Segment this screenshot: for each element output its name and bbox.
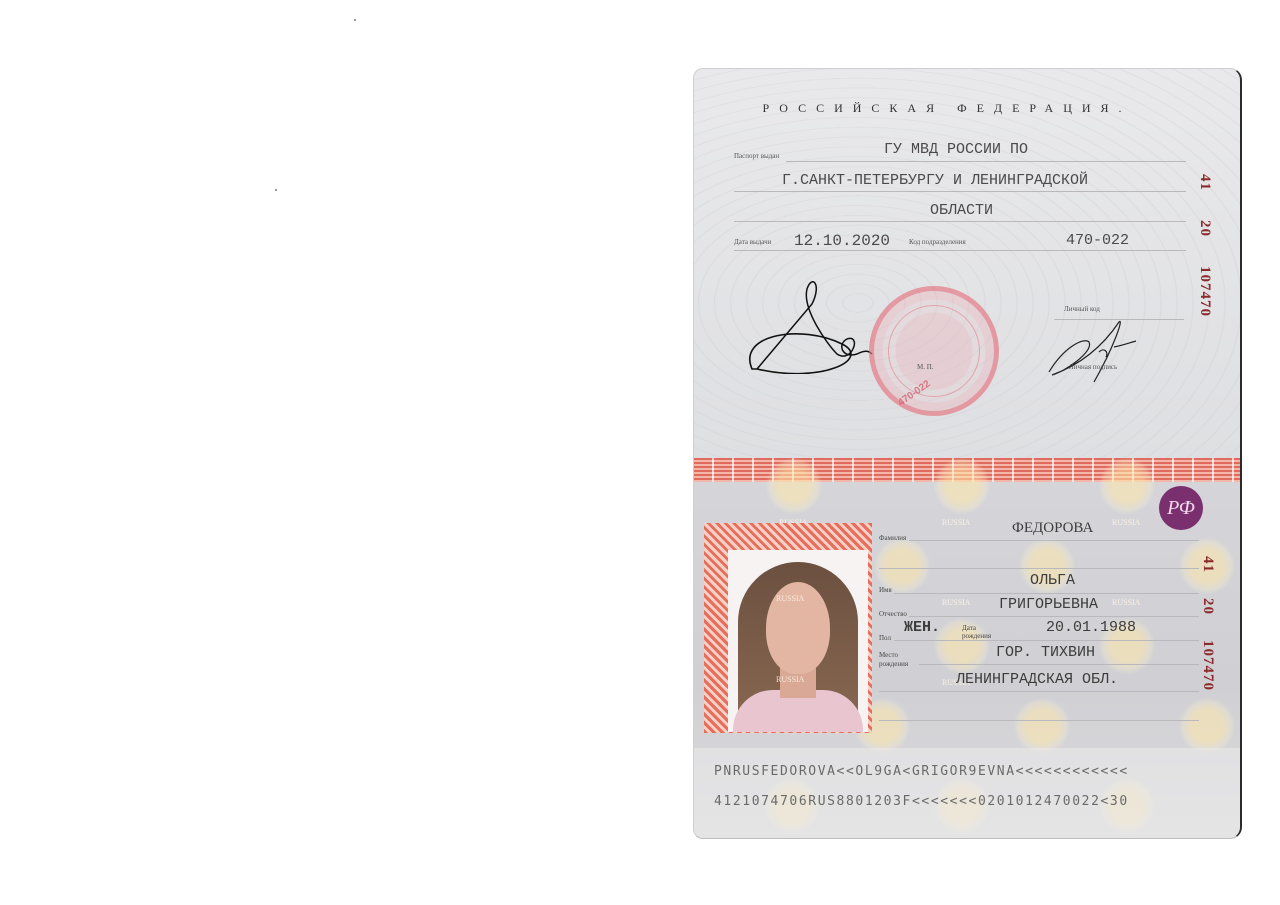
name-value: ОЛЬГА [1030, 572, 1075, 589]
serial-number: 107470 [1196, 266, 1213, 317]
birth-place-line-2: ЛЕНИНГРАДСКАЯ ОБЛ. [956, 671, 1118, 688]
watermark-text: RUSSIA [942, 598, 970, 607]
sex-label: Пол [879, 634, 891, 642]
surname-value: ФЕДОРОВА [1012, 520, 1093, 537]
officer-signature-icon [742, 274, 882, 374]
rule [786, 161, 1186, 162]
surname-label: Фамилия [879, 534, 906, 542]
rule [879, 568, 1199, 569]
passport-lower-page: RUSSIA RUSSIA RUSSIA RUSSIA RUSSIA RUSSI… [693, 458, 1242, 839]
issue-date: 12.10.2020 [794, 232, 890, 250]
rule [894, 593, 1199, 594]
rf-logo: РФ [1159, 486, 1203, 530]
watermark-text: RUSSIA [942, 518, 970, 527]
scan-speck [275, 189, 277, 191]
coat-of-arms-watermark [1179, 698, 1235, 754]
patronymic-label: Отчество [879, 610, 907, 618]
holder-photo: RUSSIA RUSSIA [728, 550, 868, 732]
personal-code-label: Личный код [1064, 305, 1100, 313]
coat-of-arms-watermark [1099, 458, 1155, 514]
birth-place-label: Место рождения [879, 651, 919, 669]
division-code: 470-022 [1066, 232, 1129, 249]
serial-series-1: 41 [1199, 556, 1216, 573]
issued-by-line-2: Г.САНКТ-ПЕТЕРБУРГУ И ЛЕНИНГРАДСКОЙ [782, 172, 1088, 189]
rule [909, 616, 1199, 617]
birth-date-value: 20.01.1988 [1046, 619, 1136, 636]
rule [734, 250, 1186, 251]
birth-place-line-1: ГОР. ТИХВИН [996, 644, 1095, 661]
serial-number-lower: 41 20 107470 [1199, 556, 1216, 691]
serial-number: 107470 [1199, 640, 1216, 691]
rule [894, 640, 1199, 641]
patronymic-value: ГРИГОРЬЕВНА [999, 596, 1098, 613]
serial-series-2: 20 [1199, 598, 1216, 615]
mrz-line-1: PNRUSFEDOROVA<<OL9GA<GRIGOR9EVNA<<<<<<<<… [714, 764, 1129, 779]
scan-speck [354, 19, 356, 21]
signature-label: Личная подпись [1069, 363, 1117, 371]
birth-date-label: Дата рождения [962, 624, 1002, 640]
issued-by-line-1: ГУ МВД РОССИИ ПО [884, 141, 1028, 158]
rule [909, 540, 1199, 541]
seal-inner-ring [888, 305, 980, 397]
serial-series-2: 20 [1196, 220, 1213, 237]
mrz-zone [694, 748, 1240, 838]
serial-number-upper: 41 20 107470 [1196, 174, 1213, 317]
holder-signature-icon [1044, 317, 1144, 387]
coat-of-arms-watermark [1014, 698, 1070, 754]
watermark-text: RUSSIA [776, 594, 804, 603]
watermark-text: RUSSIA [1112, 598, 1140, 607]
issued-by-label: Паспорт выдан [734, 152, 779, 160]
issue-date-label: Дата выдачи [734, 238, 771, 246]
watermark-text: RUSSIA [776, 675, 804, 684]
seal-label: М. П. [917, 363, 934, 371]
passport: РОССИЙСКАЯ ФЕДЕРАЦИЯ. Паспорт выдан ГУ М… [693, 68, 1241, 838]
rule [734, 221, 1186, 222]
official-seal: 470-022 [869, 286, 999, 416]
rule [919, 664, 1199, 665]
rule [879, 720, 1199, 721]
watermark-text: RUSSIA [1112, 518, 1140, 527]
passport-upper-page: РОССИЙСКАЯ ФЕДЕРАЦИЯ. Паспорт выдан ГУ М… [693, 68, 1242, 459]
coat-of-arms-watermark [934, 458, 990, 514]
sex-value: ЖЕН. [904, 619, 940, 636]
name-label: Имя [879, 586, 892, 594]
issued-by-line-3: ОБЛАСТИ [930, 202, 993, 219]
rule [734, 191, 1186, 192]
rule [879, 691, 1199, 692]
division-code-label: Код подразделения [909, 238, 966, 246]
country-header: РОССИЙСКАЯ ФЕДЕРАЦИЯ. [694, 101, 1200, 116]
mrz-line-2: 4121074706RUS8801203F<<<<<<<020101247002… [714, 794, 1129, 809]
coat-of-arms-watermark [766, 458, 822, 514]
serial-series-1: 41 [1196, 174, 1213, 191]
